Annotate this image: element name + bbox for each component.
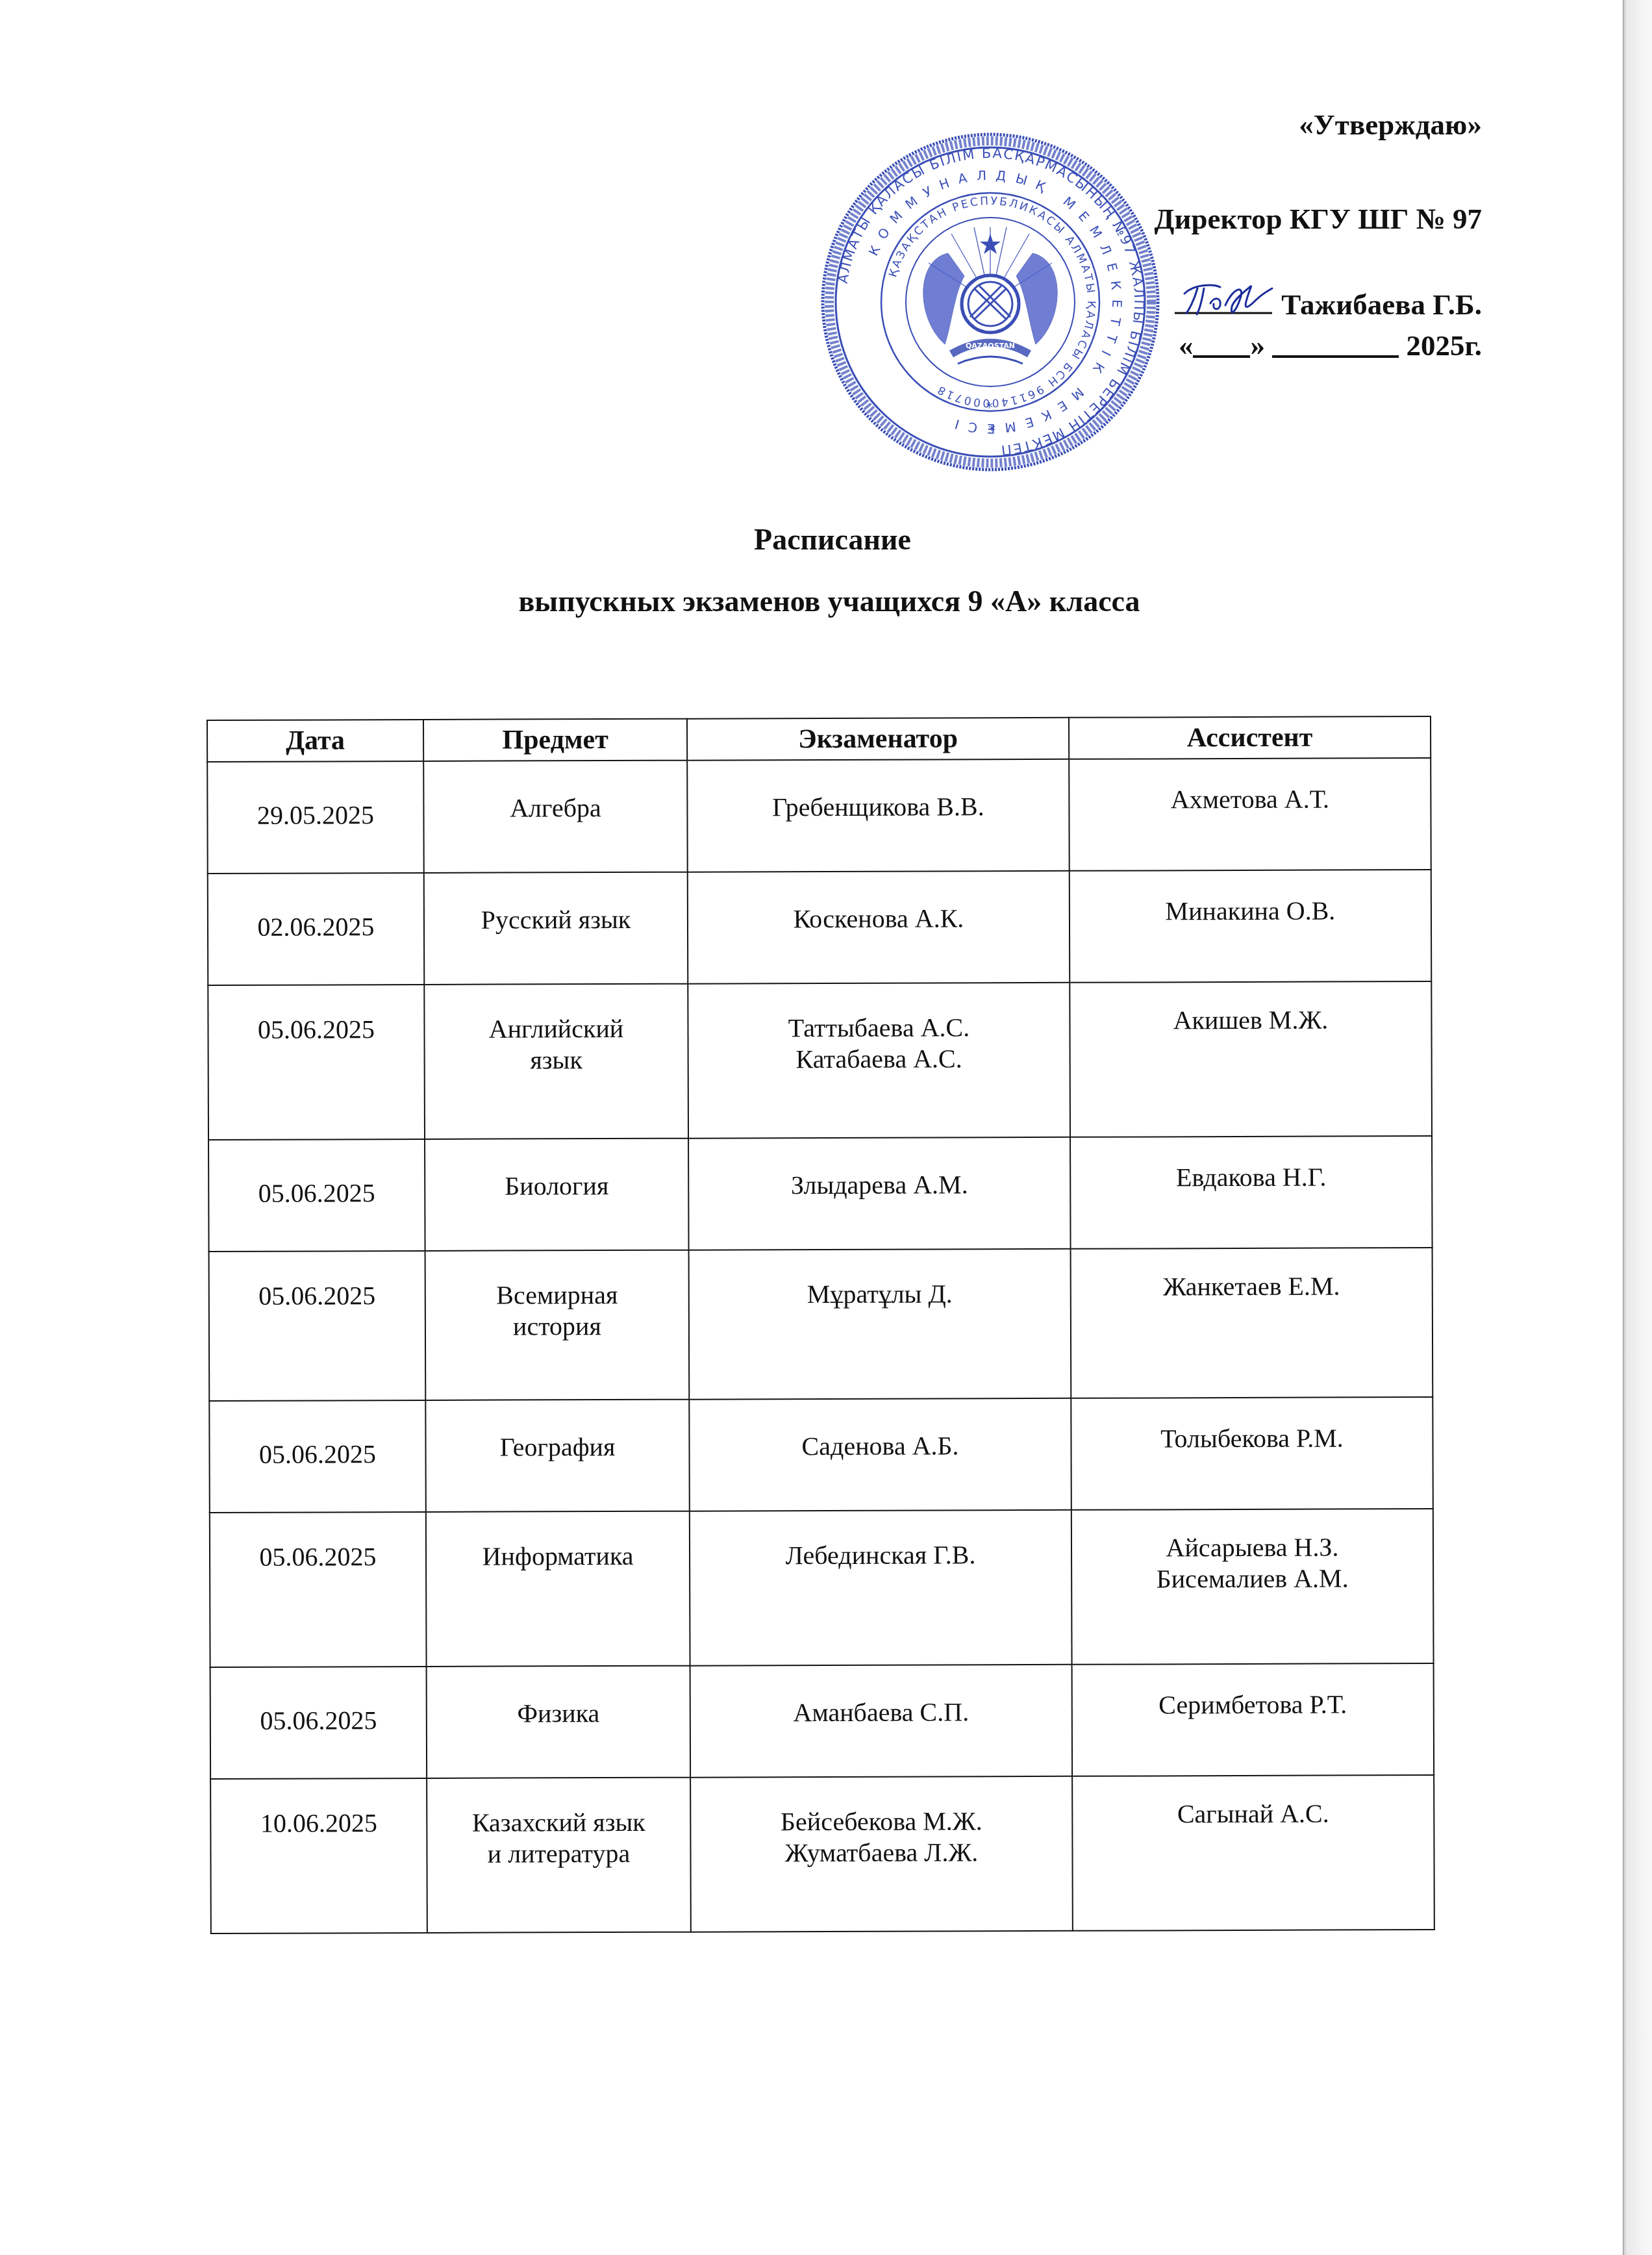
cell-assistant-text: Ахметова А.Т. (1076, 752, 1423, 816)
cell-subject: География (425, 1400, 690, 1512)
cell-date-text: 29.05.2025 (214, 762, 416, 831)
cell-assistant: Ахметова А.Т. (1069, 758, 1431, 871)
cell-examiner: Мұратұлы Д. (689, 1249, 1071, 1400)
cell-date: 05.06.2025 (208, 1139, 425, 1252)
year-label: 2025г. (1406, 329, 1482, 362)
table-row: 10.06.2025Казахский языки литератураБейс… (210, 1775, 1434, 1934)
cell-examiner: Бейсебекова М.Ж.Жуматбаева Л.Ж. (690, 1776, 1073, 1932)
cell-subject-text: Информатика (433, 1512, 682, 1572)
cell-assistant-text: Минакина О.В. (1077, 864, 1424, 927)
cell-examiner-text: Таттыбаева А.С.Катабаева А.С. (695, 983, 1062, 1076)
cell-assistant-line: Серимбетова Р.Т. (1079, 1689, 1427, 1721)
document-subtitle: выпускных экзаменов учащихся 9 «А» класс… (0, 586, 1652, 616)
approval-date: «» 2025г. (1179, 331, 1482, 360)
cell-examiner-text: Аманбаева С.П. (697, 1665, 1065, 1729)
header-date: Дата (207, 720, 423, 762)
table-row: 02.06.2025Русский языкКоскенова А.К.Мина… (208, 870, 1432, 985)
cell-subject-line: и литература (434, 1838, 683, 1870)
cell-examiner-line: Саденова А.Б. (696, 1430, 1064, 1463)
cell-examiner-text: Бейсебекова М.Ж.Жуматбаева Л.Ж. (697, 1777, 1065, 1869)
cell-subject-line: Информатика (433, 1541, 682, 1572)
cell-subject-line: Алгебра (431, 792, 680, 824)
cell-assistant-text: Сагынай А.С. (1079, 1769, 1427, 1830)
stamp-emblem-caption: QAZAQSTAN (966, 342, 1015, 350)
table-body: 29.05.2025АлгебраГребенщикова В.В.Ахмето… (207, 758, 1434, 1934)
cell-assistant: Серимбетова Р.Т. (1072, 1663, 1434, 1776)
cell-examiner-line: Коскенова А.К. (695, 903, 1062, 935)
header-subject: Предмет (423, 719, 687, 761)
date-close-quote: » (1250, 329, 1265, 362)
cell-examiner-line: Катабаева А.С. (695, 1043, 1063, 1076)
cell-assistant: Айсарыева Н.З.Бисемалиев А.М. (1071, 1509, 1434, 1665)
cell-subject: Алгебра (423, 761, 688, 873)
cell-examiner: Саденова А.Б. (689, 1398, 1071, 1511)
cell-date-text: 05.06.2025 (216, 1140, 418, 1209)
cell-subject-line: Биология (432, 1170, 681, 1202)
cell-subject: Русский язык (424, 872, 688, 985)
cell-examiner: Гребенщикова В.В. (687, 759, 1070, 872)
cell-subject-line: Казахский язык (434, 1807, 683, 1839)
cell-subject-line: Английский (431, 1013, 681, 1045)
cell-assistant-line: Акишев М.Ж. (1077, 1004, 1424, 1037)
table-row: 05.06.2025ИнформатикаЛебединская Г.В.Айс… (210, 1509, 1434, 1667)
cell-examiner-line: Бейсебекова М.Ж. (697, 1806, 1065, 1838)
cell-subject-line: Русский язык (431, 904, 681, 936)
cell-assistant-line: Бисемалиев А.М. (1079, 1563, 1426, 1595)
cell-examiner-line: Злыдарева А.М. (695, 1169, 1063, 1202)
cell-date-text: 10.06.2025 (218, 1779, 419, 1839)
cell-assistant-text: Айсарыева Н.З.Бисемалиев А.М. (1079, 1503, 1426, 1595)
cell-assistant-line: Жанкетаев Е.М. (1078, 1270, 1425, 1303)
cell-subject-line: язык (432, 1044, 681, 1076)
date-open-quote: « (1179, 329, 1194, 362)
director-name: Тажибаева Г.Б. (1281, 288, 1482, 321)
cell-examiner-text: Саденова А.Б. (696, 1399, 1064, 1463)
cell-date-text: 05.06.2025 (216, 1401, 418, 1470)
cell-assistant-text: Толыбекова Р.М. (1078, 1391, 1425, 1455)
cell-subject-text: Алгебра (431, 761, 680, 824)
cell-subject: Биология (425, 1139, 689, 1251)
cell-examiner-line: Гребенщикова В.В. (694, 791, 1062, 824)
cell-assistant-line: Сагынай А.С. (1079, 1798, 1427, 1830)
cell-subject-text: География (432, 1400, 682, 1463)
official-stamp: АЛМАТЫ ҚАЛАСЫ БІЛІМ БАСҚАРМАСЫНЫҢ №97 ЖА… (818, 130, 1162, 474)
cell-date: 29.05.2025 (207, 761, 424, 874)
cell-subject-text: Физика (434, 1667, 683, 1730)
cell-examiner-line: Жуматбаева Л.Ж. (697, 1837, 1065, 1869)
cell-date: 05.06.2025 (209, 1251, 426, 1401)
cell-date: 05.06.2025 (209, 1400, 426, 1513)
cell-examiner: Таттыбаева А.С.Катабаева А.С. (688, 983, 1070, 1139)
cell-examiner-text: Гребенщикова В.В. (694, 760, 1062, 824)
cell-subject-line: история (432, 1311, 682, 1342)
director-position: Директор КГУ ШГ № 97 (1155, 205, 1482, 234)
cell-assistant: Минакина О.В. (1070, 870, 1432, 983)
cell-subject-text: Русский язык (431, 873, 681, 936)
cell-examiner: Злыдарева А.М. (688, 1137, 1071, 1250)
cell-assistant: Евдакова Н.Г. (1070, 1136, 1433, 1249)
cell-assistant-line: Толыбекова Р.М. (1078, 1422, 1425, 1455)
cell-examiner-line: Лебединская Г.В. (697, 1539, 1064, 1572)
cell-assistant-line: Минакина О.В. (1077, 895, 1424, 927)
cell-assistant-text: Евдакова Н.Г. (1077, 1130, 1425, 1194)
cell-assistant: Акишев М.Ж. (1070, 981, 1432, 1137)
stamp-asterisk: * (988, 423, 995, 439)
cell-subject-line: Физика (434, 1698, 683, 1730)
cell-assistant-text: Жанкетаев Е.М. (1078, 1242, 1425, 1303)
cell-examiner-line: Таттыбаева А.С. (695, 1012, 1062, 1044)
cell-date: 05.06.2025 (210, 1667, 427, 1779)
cell-date: 10.06.2025 (210, 1778, 427, 1934)
cell-date-text: 05.06.2025 (216, 1252, 418, 1312)
cell-subject-line: География (432, 1431, 682, 1463)
cell-assistant-text: Серимбетова Р.Т. (1079, 1657, 1427, 1721)
table-row: 05.06.2025АнглийскийязыкТаттыбаева А.С.К… (208, 981, 1432, 1140)
cell-examiner: Аманбаева С.П. (690, 1665, 1073, 1778)
cell-examiner-text: Злыдарева А.М. (695, 1138, 1063, 1202)
cell-examiner-text: Коскенова А.К. (695, 872, 1062, 935)
cell-assistant: Толыбекова Р.М. (1071, 1397, 1433, 1510)
cell-examiner-text: Лебединская Г.В. (697, 1511, 1064, 1572)
cell-examiner-text: Мұратұлы Д. (696, 1250, 1064, 1311)
cell-date-text: 02.06.2025 (215, 874, 417, 943)
table-row: 05.06.2025ФизикаАманбаева С.П.Серимбетов… (210, 1663, 1434, 1779)
cell-date: 05.06.2025 (208, 985, 425, 1140)
cell-assistant: Жанкетаев Е.М. (1071, 1248, 1433, 1398)
cell-subject: Казахский языки литература (427, 1778, 691, 1933)
cell-assistant-line: Евдакова Н.Г. (1077, 1161, 1425, 1194)
table-row: 05.06.2025БиологияЗлыдарева А.М.Евдакова… (208, 1136, 1433, 1252)
director-signature-line: Тажибаева Г.Б. (1175, 281, 1482, 320)
cell-subject-text: Казахский языки литература (434, 1778, 683, 1870)
cell-subject-text: Биология (432, 1139, 681, 1202)
cell-assistant-line: Айсарыева Н.З. (1079, 1531, 1426, 1564)
cell-subject: Информатика (426, 1511, 690, 1667)
cell-examiner: Лебединская Г.В. (690, 1510, 1072, 1666)
cell-subject: Английскийязык (424, 984, 688, 1139)
cell-date-text: 05.06.2025 (217, 1513, 419, 1573)
exam-schedule-table: Дата Предмет Экзаменатор Ассистент 29.05… (206, 716, 1435, 1934)
cell-date-text: 05.06.2025 (218, 1667, 419, 1737)
cell-assistant-line: Ахметова А.Т. (1076, 783, 1423, 816)
header-examiner: Экзаменатор (687, 718, 1069, 761)
cell-examiner: Коскенова А.К. (688, 871, 1070, 984)
day-blank (1193, 333, 1250, 358)
cell-subject-text: Английскийязык (431, 985, 681, 1076)
month-blank (1272, 333, 1399, 358)
cell-subject-line: Всемирная (432, 1279, 682, 1311)
table-row: 05.06.2025ВсемирнаяисторияМұратұлы Д.Жан… (209, 1248, 1433, 1401)
table-row: 05.06.2025ГеографияСаденова А.Б.Толыбеко… (209, 1397, 1433, 1513)
document-title: Расписание (0, 525, 1652, 555)
cell-assistant-text: Акишев М.Ж. (1077, 976, 1424, 1037)
cell-subject: Всемирнаяистория (425, 1250, 690, 1400)
cell-examiner-line: Мұратұлы Д. (696, 1278, 1064, 1311)
cell-subject-text: Всемирнаяистория (432, 1251, 682, 1342)
table-row: 29.05.2025АлгебраГребенщикова В.В.Ахмето… (207, 758, 1431, 874)
signature-icon (1175, 281, 1279, 320)
stamp-asterisk: * (986, 400, 993, 416)
cell-examiner-line: Аманбаева С.П. (697, 1696, 1065, 1729)
cell-subject: Физика (427, 1666, 691, 1778)
scanner-edge (1623, 0, 1652, 2255)
approval-heading: «Утверждаю» (1299, 110, 1482, 140)
cell-date-text: 05.06.2025 (215, 985, 417, 1046)
cell-assistant: Сагынай А.С. (1072, 1775, 1434, 1931)
cell-date: 02.06.2025 (208, 873, 425, 985)
cell-date: 05.06.2025 (210, 1512, 427, 1667)
